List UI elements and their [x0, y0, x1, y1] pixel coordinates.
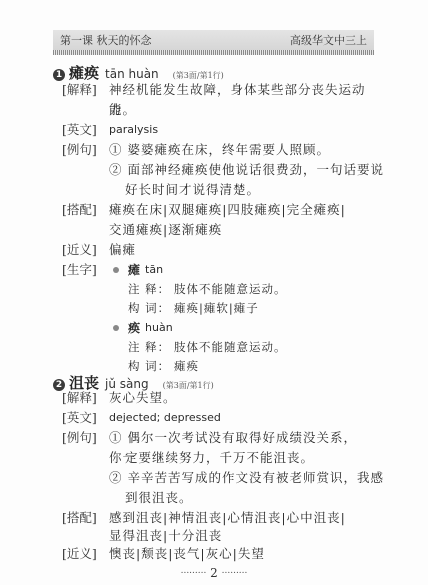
newchar-char: 痪	[128, 318, 140, 338]
example-sentence-cont: 定要继续努力，千万不能沮丧。	[125, 448, 314, 468]
collocation-text: 感到沮丧|神情沮丧|心情沮丧|心中沮丧|	[109, 508, 369, 528]
example-sentence-cont: 到很沮丧。	[125, 488, 193, 508]
collocation-text-cont: 交通瘫痪|逐渐瘫痪	[109, 220, 222, 240]
explanation-text: 神经机能发生故障，身体某些部分丧失运动能	[109, 80, 369, 120]
newchar-item: 瘫 tān	[113, 260, 163, 280]
meaning-text: 肢体不能随意运动。	[174, 338, 287, 356]
example-sentence: ② 面部神经瘫痪使他说话很费劲，一句话要说	[109, 160, 384, 180]
example-sentence: ① 婆婆瘫痪在床，终年需要人照顾。	[109, 140, 369, 160]
synonym-label: [近义]	[62, 240, 109, 260]
english-text: dejected; depressed	[109, 408, 369, 428]
bullet-icon	[113, 325, 119, 331]
entry-pinyin: tān huàn	[105, 67, 159, 81]
english-label: [英文]	[62, 120, 109, 140]
header-divider	[53, 50, 374, 55]
meaning-label: 注 释：	[128, 280, 174, 298]
collocation-label: [搭配]	[62, 200, 109, 220]
meaning-text: 肢体不能随意运动。	[174, 280, 287, 298]
newchar-pinyin: tān	[145, 260, 163, 280]
english-label: [英文]	[62, 408, 109, 428]
newchars-label: [生字]	[62, 260, 109, 280]
example-sentence-cont: 好长时间才说得清楚。	[125, 180, 260, 200]
explanation-label: [解释]	[62, 80, 109, 120]
collocation-row: [搭配] 感到沮丧|神情沮丧|心情沮丧|心中沮丧|	[62, 508, 369, 528]
english-row: [英文] paralysis	[62, 120, 369, 140]
words-label: 构 词：	[128, 299, 174, 317]
footer-dots-left: ·········	[181, 569, 207, 579]
explanation-label: [解释]	[62, 388, 109, 408]
collocation-row: [搭配] 瘫痪在床|双腿瘫痪|四肢瘫痪|完全瘫痪|	[62, 200, 369, 220]
synonym-label: [近义]	[62, 544, 109, 564]
synonym-row: [近义] 偏瘫	[62, 240, 369, 260]
meaning-label: 注 释：	[128, 338, 174, 356]
newchar-item: 痪 huàn	[113, 318, 173, 338]
page-number: 2	[210, 566, 218, 580]
newchar-char: 瘫	[128, 260, 140, 280]
synonym-text: 懊丧|颓丧|丧气|灰心|失望	[109, 544, 369, 564]
lesson-title: 第一课 秋天的怀念	[60, 32, 152, 48]
english-text: paralysis	[109, 120, 369, 140]
newchar-words: 构 词： 瘫痪|瘫软|瘫子	[128, 299, 259, 317]
synonym-text: 偏瘫	[109, 240, 369, 260]
examples-label: [例句]	[62, 428, 109, 468]
collocation-text: 瘫痪在床|双腿瘫痪|四肢瘫痪|完全瘫痪|	[109, 200, 369, 220]
newchar-pinyin: huàn	[145, 318, 173, 338]
english-row: [英文] dejected; depressed	[62, 408, 369, 428]
footer-dots-right: ·········	[222, 569, 248, 579]
book-title: 高级华文中三上	[290, 32, 367, 48]
explanation-text-cont: 力。	[109, 100, 136, 120]
newchar-meaning: 注 释： 肢体不能随意运动。	[128, 280, 287, 298]
example-row: [例句] ① 婆婆瘫痪在床，终年需要人照顾。	[62, 140, 369, 160]
page-header: 第一课 秋天的怀念 高级华文中三上	[53, 30, 374, 50]
bullet-icon	[113, 267, 119, 273]
newchar-meaning: 注 释： 肢体不能随意运动。	[128, 338, 287, 356]
explanation-row: [解释] 灰心失望。	[62, 388, 369, 408]
page-footer: ········· 2 ·········	[0, 566, 428, 580]
newchars-row: [生字]	[62, 260, 109, 280]
example-sentence: ② 辛辛苦苦写成的作文没有被老师赏识，我感	[109, 468, 384, 488]
collocation-text-cont: 显得沮丧|十分沮丧	[109, 526, 222, 546]
words-text: 瘫痪|瘫软|瘫子	[174, 299, 259, 317]
synonym-row: [近义] 懊丧|颓丧|丧气|灰心|失望	[62, 544, 369, 564]
examples-label: [例句]	[62, 140, 109, 160]
explanation-text: 灰心失望。	[109, 388, 369, 408]
collocation-label: [搭配]	[62, 508, 109, 528]
